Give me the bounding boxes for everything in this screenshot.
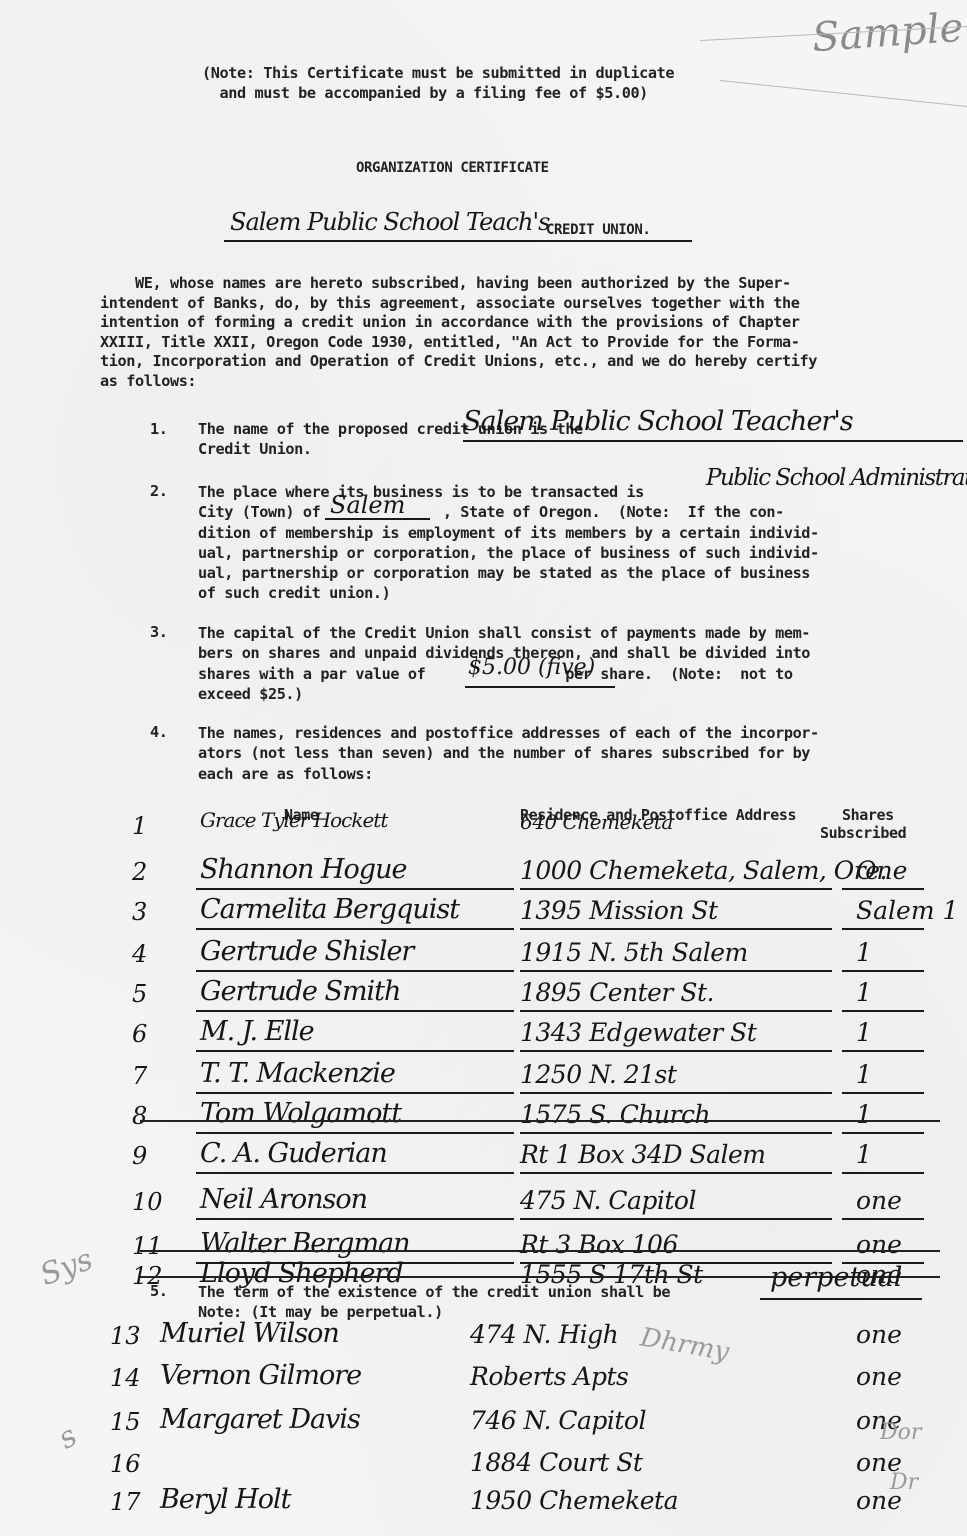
incorporator-address: 474 N. High (470, 1320, 618, 1349)
section-5-underline (760, 1298, 922, 1300)
incorporator-name: Margaret Davis (160, 1404, 360, 1435)
section-4-number: 4. (150, 723, 168, 741)
shares-subscribed: 1 (856, 1018, 872, 1047)
shares-subscribed: one (856, 1362, 902, 1391)
entry-line (196, 928, 514, 930)
incorporator-address: 1395 Mission St (520, 896, 718, 925)
section-3-number: 3. (150, 623, 168, 641)
incorporator-name: T. T. Mackenzie (200, 1058, 395, 1089)
entry-line (196, 970, 514, 972)
section-5-term: perpetual (770, 1262, 902, 1293)
table-row: 5Gertrude Smith1895 Center St.1 (0, 980, 967, 1020)
incorporator-address: 1575 S. Church (520, 1100, 710, 1129)
entry-line (842, 1050, 924, 1052)
incorporator-address: 746 N. Capitol (470, 1406, 646, 1435)
additional-entry-row: 14Vernon GilmoreRoberts Aptsone (0, 1364, 967, 1404)
row-number: 15 (110, 1408, 141, 1436)
row-number: 2 (132, 858, 147, 886)
incorporator-name: C. A. Guderian (200, 1138, 387, 1169)
table-row: 2Shannon Hogue1000 Chemeketa, Salem, Ore… (0, 858, 967, 898)
incorporator-name: Gertrude Shisler (200, 936, 413, 967)
incorporator-address: Rt 3 Box 106 (520, 1230, 678, 1259)
pencil-scribble: Dor (880, 1420, 921, 1445)
row-number: 17 (110, 1488, 141, 1516)
strikethrough-line (140, 1250, 940, 1252)
incorporator-address: 475 N. Capitol (520, 1186, 696, 1215)
shares-subscribed: Salem 1 (856, 896, 958, 925)
row-number: 13 (110, 1322, 141, 1350)
scanned-certificate-page: Sample (Note: This Certificate must be s… (0, 0, 967, 1536)
table-row: 7T. T. Mackenzie1250 N. 21st1 (0, 1062, 967, 1102)
entry-line (196, 1132, 514, 1134)
row-number: 10 (132, 1188, 163, 1216)
intro-paragraph: WE, whose names are hereto subscribed, h… (100, 274, 817, 392)
incorporator-name: M. J. Elle (200, 1016, 314, 1047)
incorporator-name: Gertrude Smith (200, 976, 400, 1007)
shares-subscribed: one (856, 1230, 902, 1259)
section-3-par-value: $5.00 (five) (468, 655, 595, 680)
incorporator-address: 1950 Chemeketa (470, 1486, 678, 1515)
row-number: 3 (132, 898, 147, 926)
shares-subscribed: 1 (856, 1100, 872, 1129)
section-2-filled-place: Public School Administration Bld (706, 465, 967, 491)
row-number: 8 (132, 1102, 147, 1130)
entry-line (842, 1092, 924, 1094)
incorporator-address: 1884 Court St (470, 1448, 642, 1477)
incorporator-address: 1250 N. 21st (520, 1060, 676, 1089)
additional-entry-row: 15Margaret Davis746 N. Capitolone (0, 1408, 967, 1448)
section-2-text: The place where its business is to be tr… (198, 482, 819, 604)
section-4-text: The names, residences and postoffice add… (198, 723, 819, 784)
entry-line (196, 1010, 514, 1012)
row-number: 4 (132, 940, 147, 968)
row-number: 14 (110, 1364, 141, 1392)
incorporator-address: 1000 Chemeketa, Salem, Ore. (520, 856, 887, 885)
incorporator-address: 640 Chemeketa (520, 810, 673, 834)
additional-entry-row: 161884 Court Stone (0, 1450, 967, 1490)
entry-line (842, 970, 924, 972)
table-row: 6M. J. Elle1343 Edgewater St1 (0, 1020, 967, 1060)
entry-line (520, 888, 832, 890)
row-number: 5 (132, 980, 147, 1008)
entry-line (842, 888, 924, 890)
document-title: ORGANIZATION CERTIFICATE (356, 160, 549, 176)
section-2-city-underline (325, 518, 430, 520)
incorporator-name: Walter Bergman (200, 1228, 410, 1259)
incorporator-address: 1915 N. 5th Salem (520, 938, 748, 967)
credit-union-suffix: CREDIT UNION. (546, 222, 650, 238)
pencil-scribble: Dr (890, 1470, 918, 1495)
section-5-text: The term of the existence of the credit … (198, 1282, 670, 1322)
entry-line (520, 1172, 832, 1174)
incorporator-address: 1343 Edgewater St (520, 1018, 756, 1047)
shares-subscribed: 1 (856, 1060, 872, 1089)
entry-line (196, 1050, 514, 1052)
table-row: 4Gertrude Shisler1915 N. 5th Salem1 (0, 940, 967, 980)
table-row: 9C. A. GuderianRt 1 Box 34D Salem1 (0, 1142, 967, 1182)
entry-line (842, 1010, 924, 1012)
incorporator-name: Neil Aronson (200, 1184, 367, 1215)
shares-subscribed: one (856, 1320, 902, 1349)
additional-entry-row: 17Beryl Holt1950 Chemeketaone (0, 1488, 967, 1528)
incorporator-name: Grace Tyler Hockett (200, 808, 387, 832)
incorporator-name: Carmelita Bergquist (200, 894, 459, 925)
entry-line (842, 1172, 924, 1174)
entry-line (520, 970, 832, 972)
shares-subscribed: 1 (856, 938, 872, 967)
incorporator-name: Beryl Holt (160, 1484, 290, 1515)
additional-entry-row: 13Muriel Wilson474 N. Highone (0, 1322, 967, 1362)
row-number: 11 (132, 1232, 163, 1260)
entry-line (520, 1218, 832, 1220)
entry-line (196, 888, 514, 890)
incorporator-name: Muriel Wilson (160, 1318, 339, 1349)
incorporator-address: Rt 1 Box 34D Salem (520, 1140, 765, 1169)
entry-line (520, 1092, 832, 1094)
section-3-underline (465, 686, 615, 688)
entry-line (196, 1172, 514, 1174)
incorporator-address: 1895 Center St. (520, 978, 714, 1007)
incorporator-name: Vernon Gilmore (160, 1360, 361, 1391)
pencil-stroke (720, 80, 967, 107)
incorporator-name: Shannon Hogue (200, 854, 406, 885)
table-row: 3Carmelita Bergquist1395 Mission StSalem… (0, 898, 967, 938)
section-2-number: 2. (150, 482, 168, 500)
table-row: 8Tom Wolgamott1575 S. Church1 (0, 1102, 967, 1142)
entry-line (520, 1050, 832, 1052)
incorporator-address: Roberts Apts (470, 1362, 628, 1391)
shares-subscribed: one (856, 1186, 902, 1215)
row-number: 1 (132, 812, 147, 840)
shares-subscribed: 1 (856, 978, 872, 1007)
entry-line (196, 1092, 514, 1094)
table-row: 1Grace Tyler Hockett640 Chemeketa (0, 812, 967, 852)
row-number: 6 (132, 1020, 147, 1048)
entry-line (520, 1132, 832, 1134)
section-2-filled-city: Salem (330, 491, 405, 519)
section-1-underline (463, 440, 963, 442)
shares-subscribed: One (856, 856, 907, 885)
entry-line (520, 1010, 832, 1012)
entry-line (842, 928, 924, 930)
incorporator-name: Tom Wolgamott (200, 1098, 401, 1129)
section-1-number: 1. (150, 420, 168, 438)
row-number: 9 (132, 1142, 147, 1170)
entry-line (196, 1218, 514, 1220)
shares-subscribed: 1 (856, 1140, 872, 1169)
entry-line (842, 1132, 924, 1134)
strikethrough-line (140, 1120, 940, 1122)
section-5-number: 5. (150, 1282, 168, 1300)
filing-note: (Note: This Certificate must be submitte… (202, 63, 674, 103)
row-number: 7 (132, 1062, 147, 1090)
table-row: 10Neil Aronson475 N. Capitolone (0, 1188, 967, 1228)
name-underline (224, 240, 692, 242)
credit-union-name-handwritten: Salem Public School Teach's (230, 208, 549, 236)
entry-line (520, 928, 832, 930)
section-1-filled-name: Salem Public School Teacher's (463, 406, 853, 437)
entry-line (842, 1218, 924, 1220)
row-number: 16 (110, 1450, 141, 1478)
